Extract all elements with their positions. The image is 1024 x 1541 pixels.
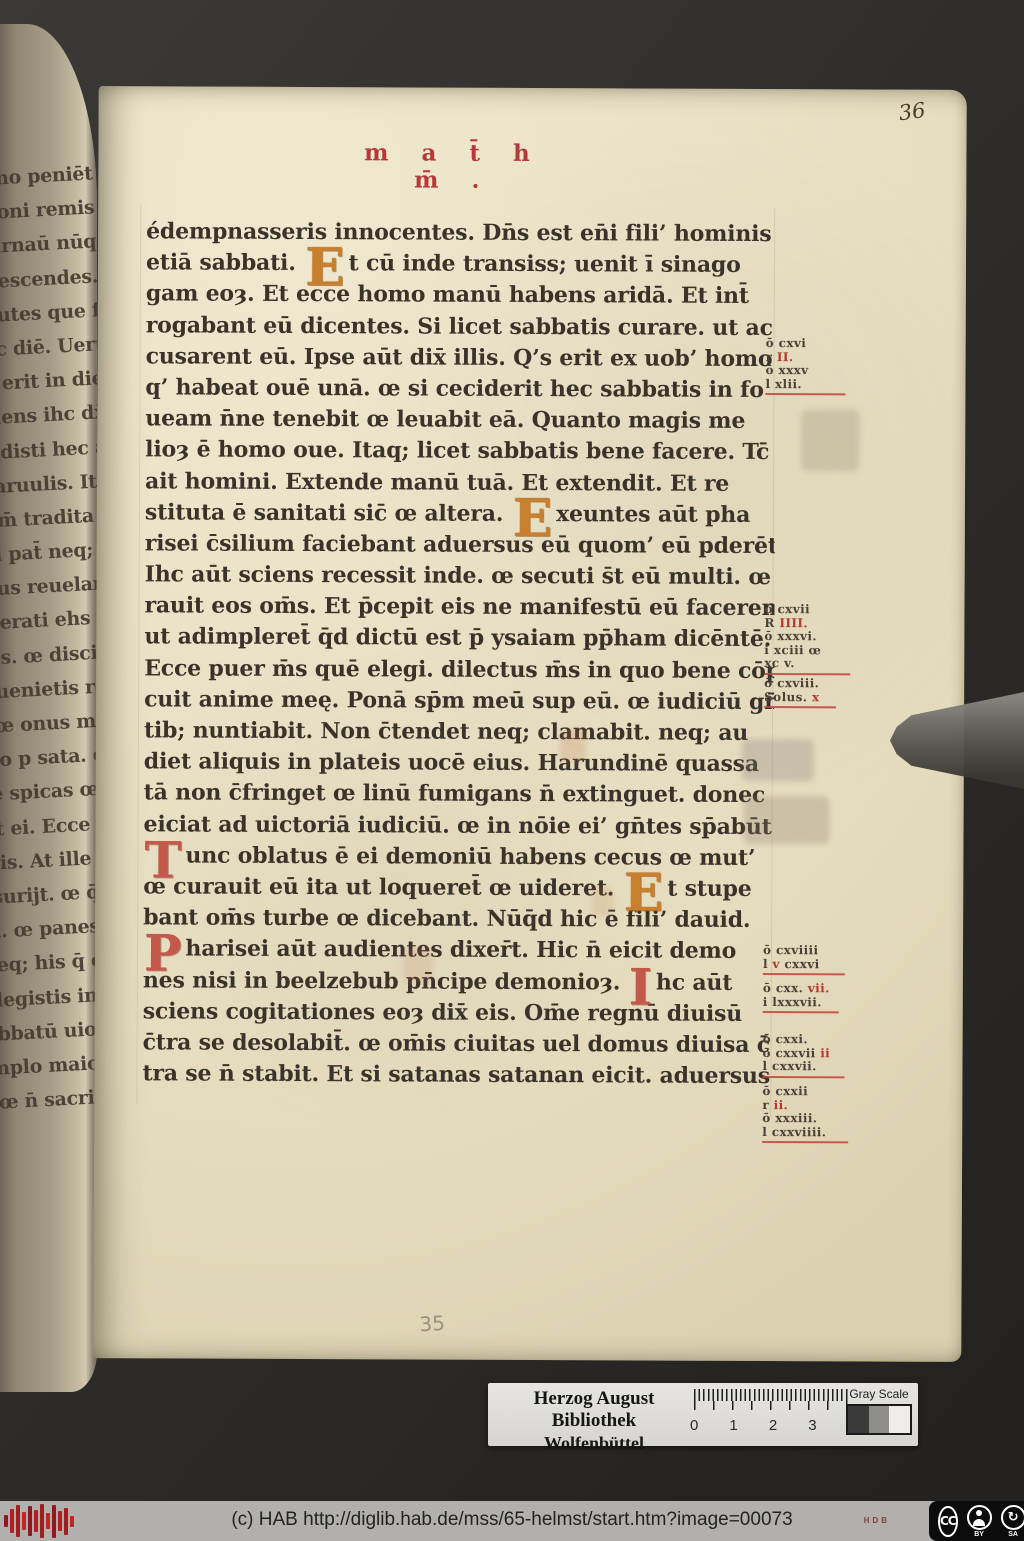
margin-canon-note: ō cxx. vii.i lxxxvii.: [763, 982, 839, 1013]
text-segment: ō cxvi: [766, 336, 807, 350]
text-segment: t stupe: [667, 876, 751, 902]
margin-canon-note: ō cxvir II.ō xxxvl xlii.: [765, 337, 845, 395]
manuscript-page: m a t̄ h m̄ . 36 édempnasseris innocente…: [93, 86, 967, 1362]
cc-by-label: BY: [974, 1531, 984, 1538]
text-segment: eū sup uos. œ discite: [0, 640, 97, 673]
margin-note-line: l cxxvii.: [762, 1060, 844, 1074]
text-segment: x: [812, 690, 820, 704]
cc-by-group: BY: [967, 1505, 992, 1538]
text-segment: ut adimpleret̄ q̄d dictū est p̄ ysaiam p…: [144, 624, 771, 653]
text-segment: ō cxviiii: [763, 943, 819, 957]
text-segment: l: [763, 957, 773, 971]
manuscript-text-line: ut adimpleret̄ q̄d dictū est p̄ ysaiam p…: [144, 624, 774, 658]
cc-sa-arrow-icon: ↻: [1001, 1505, 1024, 1530]
text-segment: harisei aūt audientes dixer̄t. Hic n̄ ei…: [185, 936, 736, 964]
bleed-through-ghost: [742, 739, 814, 781]
text-segment: e sabbato p sata. dis: [0, 743, 97, 776]
text-segment: ro œ sydoni remis: [0, 197, 95, 229]
text-segment: lasti ea paruulis. Ita: [0, 470, 97, 503]
library-name-line1: Herzog August Bibliothek: [496, 1388, 692, 1432]
text-segment: e œ almo peniēt: [0, 162, 93, 193]
manuscript-text-line: ait homini. Extende manū tuā. Et extendi…: [145, 468, 775, 502]
pencil-page-number: 35: [419, 1311, 446, 1337]
margin-note-line: l xlii.: [765, 378, 845, 392]
manuscript-text-line: édempnasseris innocentes. Dn̄s est en̄i …: [146, 218, 776, 252]
manuscript-text-line: eiciat ad uictoriā iudiciū. œ in nōie ei…: [143, 811, 773, 845]
digitized-manuscript-photo: e œ almo peniētro œ sydoni remistu capha…: [0, 0, 1024, 1541]
cc-sa-label: SA: [1008, 1531, 1018, 1538]
red-underline: [762, 1076, 844, 1078]
text-segment: q’ habeat ouē unā. œ si ceciderit hec sa…: [145, 374, 763, 403]
text-segment: r: [762, 1098, 773, 1112]
left-page-edge: e œ almo peniētro œ sydoni remistu capha…: [0, 24, 97, 1392]
red-underline: [764, 673, 850, 675]
folio-number: 36: [897, 98, 927, 125]
ruler-number: 0: [690, 1417, 698, 1434]
manuscript-text-line: rogabant eū dicentes. Si licet sabbatis …: [146, 312, 776, 346]
text-segment: i lxxxvii.: [763, 995, 822, 1009]
text-segment: nes nisi in beelzebub pn̄cipe demonioȝ.: [143, 967, 628, 995]
library-name: Herzog August Bibliothek Wolfenbüttel: [496, 1388, 692, 1454]
ruler-major-ticks: [694, 1401, 850, 1410]
margin-canon-note: ō cxviii.Solus. x: [764, 677, 836, 708]
cc-by-person-icon: [967, 1505, 992, 1530]
manuscript-text-line: Pharisei aūt audientes dixer̄t. Hic n̄ e…: [143, 936, 773, 970]
manuscript-text-line: cusarent eū. Ipse aūt dix̄ illis. Q’s er…: [146, 343, 776, 377]
text-segment: R: [764, 616, 779, 630]
text-segment: ait homini. Extende manū tuā. Et extendi…: [145, 468, 729, 497]
text-segment: c̄tra se desolabit̄. œ om̄is ciuitas uel…: [143, 1029, 770, 1058]
bleed-through-ghost: [403, 947, 433, 983]
manuscript-text-line: tra se n̄ stabit. Et si satanas satanan …: [142, 1060, 772, 1094]
text-segment: cusarent eū. Ipse aūt dix̄ illis. Q’s er…: [146, 343, 773, 372]
text-segment: rauit eos om̄s. Et p̄cepit eis ne manife…: [144, 593, 776, 622]
rubric-heading: m a t̄ h m̄ .: [336, 139, 566, 194]
cc-sa-group: ↻ SA: [1001, 1505, 1024, 1538]
manuscript-text-line: bant om̄s turbe œ dicebant. Nūq̄d hic ē …: [143, 904, 773, 938]
text-segment: l cxxviiii.: [762, 1125, 826, 1139]
text-segment: ēnt uirtutes que f: [0, 299, 97, 330]
red-underline: [765, 393, 845, 395]
text-segment: lioȝ ē homo oue. Itaq; licet sabbatis be…: [145, 437, 769, 466]
manuscript-text-line: risei c̄silium faciebant aduersus eū quo…: [145, 530, 775, 564]
ruler-number: 1: [729, 1417, 737, 1434]
text-segment: eiciat ad uictoriā iudiciū. œ in nōie ei…: [144, 811, 777, 840]
text-segment: xeuntes aūt pha: [556, 501, 750, 528]
text-segment: hc aūt: [656, 969, 732, 995]
bleed-through-ghost: [801, 409, 859, 471]
text-segment: vii.: [808, 981, 830, 995]
ruler-number: 3: [808, 1417, 816, 1434]
text-segment: ō cxvii: [764, 602, 810, 616]
ruler-number: 2: [769, 1417, 777, 1434]
text-segment: filiū nisi pat̄ neq; p: [0, 538, 97, 570]
gray-patch: [848, 1406, 869, 1433]
cc-logo-icon: CC: [938, 1506, 958, 1537]
manuscript-text-line: diet aliquis in plateis uocē eius. Harun…: [144, 749, 774, 783]
manuscript-text-line: c̄tra se desolabit̄. œ om̄is ciuitas uel…: [143, 1029, 773, 1063]
left-page-text-fragment: olo œ n̄ sacrificiū: [0, 1084, 97, 1130]
text-segment: tib; nuntiabit. Non c̄tendet neq; clamab…: [144, 717, 748, 746]
text-segment: ō xxxv: [766, 363, 809, 377]
text-segment: ō cxxvii: [763, 1046, 821, 1060]
ruler-fine-ticks: [694, 1389, 850, 1401]
ruler-numbers: 01234: [690, 1417, 856, 1434]
manuscript-text-line: etiā sabbati. Et cū inde transiss; uenit…: [146, 250, 776, 284]
text-segment: xc v.: [764, 656, 795, 670]
text-segment: tā non c̄fringet œ linū fumigans n̄ exti…: [144, 780, 766, 809]
text-segment: tu capharnaū nūq: [0, 231, 97, 263]
margin-note-line: l cxxviiii.: [762, 1126, 848, 1140]
text-segment: r: [766, 350, 777, 364]
margin-note-line: xc v.: [764, 657, 850, 671]
text-segment: ueam n̄ne tenebit œ leuabit eā. Quanto m…: [145, 405, 745, 434]
text-segment: ii.: [774, 1098, 789, 1112]
text-segment: emissius erit in die: [0, 367, 97, 399]
manuscript-text-line: cuit anime meę. Ponā sp̄m meū sup eū. œ …: [144, 686, 774, 720]
manuscript-text-line: œ curauit eū ita ut loqueret̄ œ uideret.…: [143, 873, 773, 907]
text-segment: unc oblatus ē ei demoniū habens cecus œ …: [185, 842, 755, 870]
margin-note-line: Solus. x: [764, 691, 836, 705]
text-segment: nifernū descendes.: [0, 265, 97, 297]
margin-canon-note: ō cxxi.ō cxxvii iil cxxvii.: [762, 1033, 844, 1078]
gray-scale-patches: [846, 1404, 912, 1435]
red-underline: [762, 1141, 848, 1143]
text-segment: cuit anime meę. Ponā sp̄m meū sup eū. œ …: [144, 686, 776, 715]
footer-band: (c) HAB http://diglib.hab.de/mss/65-helm…: [0, 1501, 1024, 1541]
text-segment: usq; in hanc diē. Uerū: [0, 333, 97, 367]
text-segment: t cū inde transiss; uenit ī sinago: [349, 250, 741, 278]
text-segment: e sabbatis. At ille dix̄: [0, 845, 97, 878]
text-segment: sciens cogitationes eoȝ dix̄ eis. Om̄e r…: [143, 998, 742, 1027]
text-segment: ō cxx.: [763, 981, 808, 995]
manuscript-text-line: gam eoȝ. Et ecce homo manū habens aridā.…: [146, 281, 776, 315]
manuscript-text-line: Ecce puer m̄s quē elegi. dilectus m̄s in…: [144, 655, 774, 689]
manuscript-text-line: rauit eos om̄s. Et p̄cepit eis ne manife…: [144, 593, 774, 627]
manuscript-text-line: stituta ē sanitati sic̄ œ altera. Exeunt…: [145, 499, 775, 533]
gray-patch: [889, 1406, 910, 1433]
red-underline: [763, 1011, 839, 1013]
text-segment: ii: [820, 1046, 830, 1060]
text-segment: rogabant eū dicentes. Si licet sabbatis …: [146, 312, 773, 341]
text-segment: II.: [777, 350, 794, 364]
text-segment: ō xxxiii.: [762, 1111, 817, 1125]
text-segment: Solus.: [764, 690, 812, 704]
text-segment: stituta ē sanitati sic̄ œ altera.: [145, 499, 511, 527]
text-segment: v: [772, 957, 784, 971]
cc-license-badge: CC BY ↻ SA: [929, 1501, 1024, 1541]
bleed-through-ghost: [591, 886, 613, 916]
text-segment: ia abscondisti hec a: [0, 436, 97, 469]
text-segment: IIII.: [779, 616, 808, 630]
margin-note-line: i lxxxvii.: [763, 996, 839, 1010]
manuscript-text-line: tib; nuntiabit. Non c̄tendet neq; clamab…: [144, 717, 774, 751]
text-segment: tra se n̄ stabit. Et si satanas satanan …: [142, 1060, 770, 1089]
text-segment: ō cxxii: [762, 1084, 808, 1098]
text-segment: l cxxvii.: [762, 1059, 816, 1073]
text-segment: ō xxxvi.: [764, 629, 817, 643]
manuscript-text-line: Tunc oblatus ē ei demoniū habens cecus œ…: [143, 842, 773, 876]
red-underline: [764, 706, 836, 708]
calibration-bar: Herzog August Bibliothek Wolfenbüttel 01…: [488, 1383, 918, 1446]
text-segment: édempnasseris innocentes. Dn̄s est en̄i …: [146, 218, 771, 247]
text-segment: Omīa m̄ tradita s̄: [0, 504, 97, 535]
text-segment: gam eoȝ. Et ecce homo manū habens aridā.…: [146, 281, 749, 310]
manuscript-text-line: q’ habeat ouē unā. œ si ceciderit hec sa…: [145, 374, 775, 408]
margin-note-line: l v cxxvi: [763, 958, 845, 972]
library-name-line2: Wolfenbüttel: [496, 1432, 692, 1454]
manuscript-text-line: lioȝ ē homo oue. Itaq; licet sabbatis be…: [145, 437, 775, 471]
manuscript-text-line: ueam n̄ne tenebit œ leuabit eā. Quanto m…: [145, 405, 775, 439]
text-segment: Ecce puer m̄s quē elegi. dilectus m̄s in…: [144, 655, 776, 684]
text-segment: Ihc aūt sciens recessit inde. œ secuti s…: [145, 561, 777, 590]
text-segment: uerit filius reuelare: [0, 572, 97, 605]
margin-canon-note: ō cxviiR IIII.ō xxxvi.i xciii œxc v.: [764, 603, 850, 675]
margin-canon-note: ō cxxiir ii.ō xxxiii.l cxxviiii.: [762, 1085, 848, 1143]
text-segment: cxxvi: [784, 957, 819, 971]
text-segment: s dixer̄t ei. Ecce dis: [0, 811, 97, 843]
text-segment: œ curauit eū ita ut loqueret̄ œ uideret.: [143, 873, 622, 901]
margin-canon-note: ō cxviiiil v cxxvi: [763, 944, 845, 975]
gray-scale: Gray Scale: [846, 1387, 912, 1435]
text-segment: ms œ onerati ehs œ: [0, 606, 97, 639]
watermark-text: HDB: [864, 1516, 890, 1525]
manuscript-text-line: Ihc aūt sciens recessit inde. œ secuti s…: [145, 561, 775, 595]
main-text-block: édempnasseris innocentes. Dn̄s est en̄i …: [142, 218, 776, 1094]
text-segment: ō cxviii.: [764, 676, 819, 690]
text-segment: i xciii œ: [764, 643, 821, 657]
text-segment: re. respondens ihc dx̄: [0, 401, 97, 435]
text-segment: suauē ē. œ onus meū: [0, 709, 97, 742]
manuscript-text-line: sciens cogitationes eoȝ dix̄ eis. Om̄e r…: [143, 998, 773, 1032]
cm-ruler: 01234: [694, 1387, 850, 1442]
text-segment: t uellere spicas œ m: [0, 777, 97, 810]
manuscript-text-line: nes nisi in beelzebub pn̄cipe demonioȝ. …: [143, 967, 773, 1001]
text-segment: ō cxxi.: [763, 1032, 808, 1046]
text-segment: e œ inuenietis req̄: [0, 675, 97, 707]
manuscript-text-line: tā non c̄fringet œ linū fumigans n̄ exti…: [144, 780, 774, 814]
left-page-text-column: e œ almo peniētro œ sydoni remistu capha…: [0, 162, 97, 1130]
text-segment: risei c̄silium faciebant aduersus eū quo…: [145, 530, 776, 559]
gray-scale-label: Gray Scale: [846, 1387, 912, 1401]
gray-patch: [869, 1406, 890, 1433]
bleed-through-ghost: [560, 728, 586, 762]
text-segment: diet aliquis in plateis uocē eius. Harun…: [144, 749, 759, 778]
text-segment: l xlii.: [765, 377, 802, 391]
bleed-through-ghost: [743, 796, 829, 844]
text-segment: etiā sabbati.: [146, 250, 303, 277]
red-underline: [763, 973, 845, 975]
